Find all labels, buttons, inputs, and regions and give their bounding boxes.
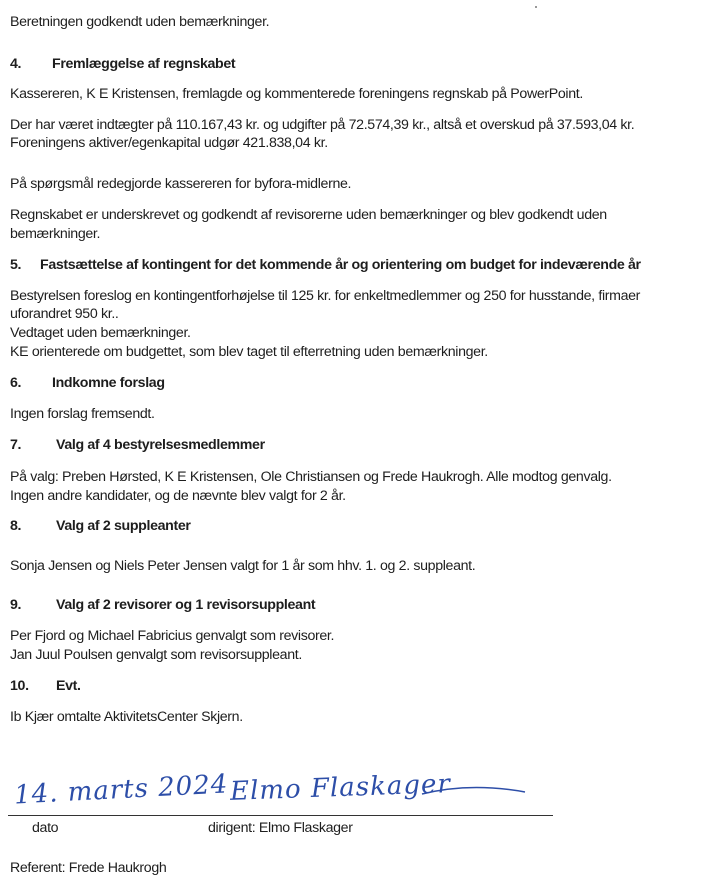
section-number: 8. [10, 518, 56, 534]
paragraph: Per Fjord og Michael Fabricius genvalgt … [10, 628, 334, 644]
paragraph: Sonja Jensen og Niels Peter Jensen valgt… [10, 558, 475, 574]
paragraph: Ib Kjær omtalte AktivitetsCenter Skjern. [10, 709, 243, 725]
dirigent-label: dirigent: Elmo Flaskager [208, 820, 353, 836]
paragraph: Regnskabet er underskrevet og godkendt a… [10, 207, 607, 223]
section-8-heading: 8.Valg af 2 suppleanter [10, 518, 191, 534]
paragraph: Ingen forslag fremsendt. [10, 406, 155, 422]
handwritten-date: 14. marts 2024 [13, 769, 229, 810]
section-title: Evt. [56, 678, 81, 694]
paragraph: Ingen andre kandidater, og de nævnte ble… [10, 488, 346, 504]
section-title: Valg af 2 revisorer og 1 revisorsupplean… [56, 597, 315, 613]
section-number: 7. [10, 437, 56, 453]
section-4-heading: 4.Fremlæggelse af regnskabet [10, 56, 235, 72]
section-9-heading: 9.Valg af 2 revisorer og 1 revisorsupple… [10, 597, 315, 613]
section-title: Fastsættelse af kontingent for det komme… [40, 257, 641, 273]
date-label: dato [32, 820, 58, 836]
paragraph: Bestyrelsen foreslog en kontingentforhøj… [10, 288, 640, 304]
section-number: 6. [10, 375, 52, 391]
signature-flourish [420, 780, 530, 800]
paragraph: Jan Juul Poulsen genvalgt som revisorsup… [10, 647, 302, 663]
section-title: Valg af 4 bestyrelsesmedlemmer [56, 437, 265, 453]
intro-text: Beretningen godkendt uden bemærkninger. [10, 14, 269, 30]
handwritten-signature: Elmo Flaskager [230, 769, 452, 807]
section-title: Fremlæggelse af regnskabet [52, 56, 235, 72]
signature-line [8, 815, 553, 816]
paragraph: uforandret 950 kr.. [10, 306, 119, 322]
paragraph: Kassereren, K E Kristensen, fremlagde og… [10, 86, 583, 102]
scan-speck [535, 6, 537, 8]
section-5-heading: 5.Fastsættelse af kontingent for det kom… [10, 257, 641, 273]
section-7-heading: 7.Valg af 4 bestyrelsesmedlemmer [10, 437, 265, 453]
paragraph: bemærkninger. [10, 226, 100, 242]
paragraph: På valg: Preben Hørsted, K E Kristensen,… [10, 469, 612, 485]
paragraph: Foreningens aktiver/egenkapital udgør 42… [10, 135, 328, 151]
section-6-heading: 6.Indkomne forslag [10, 375, 165, 391]
section-number: 4. [10, 56, 52, 72]
paragraph: På spørgsmål redegjorde kassereren for b… [10, 176, 351, 192]
paragraph: KE orienterede om budgettet, som blev ta… [10, 344, 488, 360]
paragraph: Der har været indtægter på 110.167,43 kr… [10, 117, 634, 133]
section-number: 9. [10, 597, 56, 613]
section-10-heading: 10.Evt. [10, 678, 81, 694]
section-number: 5. [10, 257, 40, 273]
section-title: Indkomne forslag [52, 375, 165, 391]
referent-label: Referent: Frede Haukrogh [10, 860, 166, 876]
paragraph: Vedtaget uden bemærkninger. [10, 325, 191, 341]
section-number: 10. [10, 678, 56, 694]
section-title: Valg af 2 suppleanter [56, 518, 191, 534]
